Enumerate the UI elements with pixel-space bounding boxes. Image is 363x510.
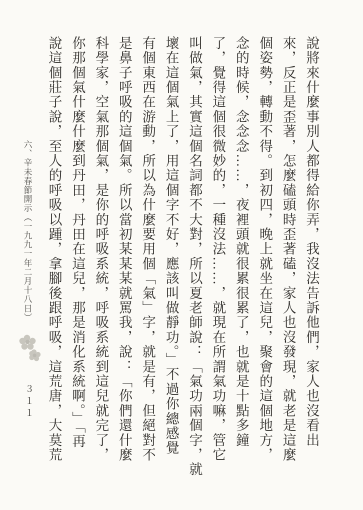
text-column: 說這個莊子說，至人的呼吸以踵，拿腳後跟呼吸，這荒唐，大莫荒 <box>42 36 65 494</box>
text-column: 你那個氣什麼什麼到丹田，丹田在這兒，那是消化系統啊。」「再 <box>66 36 89 494</box>
text-column: 了，覺得這個很微妙的，一種沒法……，就現在所謂氣功嘛，管它 <box>206 36 229 494</box>
text-column: 壞在這個氣上了，用這個字不好，應該叫做靜功。」不過你總感覺 <box>159 36 182 494</box>
text-column: 科學家，空氣那個氣，是你的呼吸系統，呼吸系統到這兒就完了， <box>89 36 112 494</box>
text-column: 是鼻子呼吸的這個氣。所以當初某某某就罵我，說：「你們還什麼 <box>112 36 135 494</box>
flower-stamp-icon <box>17 330 43 364</box>
text-column: 來，反正是歪著，怎麼磕頭時歪著磕，家人也沒發現，就老是這麼 <box>276 36 299 494</box>
text-column: 個姿勢，轉動不得。到初四，晚上就坐在這兒，聚會的這個地方， <box>253 36 276 494</box>
text-column: 有個東西在游動，所以為什麼要用個「氣」字，就是有，但絕對不 <box>136 36 159 494</box>
text-column: 叫做氣，其實這個名詞都不大對，所以夏老師說：「氣功兩個字，就 <box>183 36 206 494</box>
page-number: ３１１ <box>23 384 36 420</box>
book-page: 說將來什麼事別人都得給你弄，我沒法告訴他們，家人也沒看出 來，反正是歪著，怎麼磕… <box>0 0 363 510</box>
main-text-block: 說將來什麼事別人都得給你弄，我沒法告訴他們，家人也沒看出 來，反正是歪著，怎麼磕… <box>42 36 323 494</box>
margin-note: 六、辛未春節開示（一九九一年二月十八日） <box>22 140 34 350</box>
text-column: 念的時候，念念念……，夜裡頭就很累很累了，也就是十點多鐘 <box>229 36 252 494</box>
text-column: 說將來什麼事別人都得給你弄，我沒法告訴他們，家人也沒看出 <box>300 36 323 494</box>
